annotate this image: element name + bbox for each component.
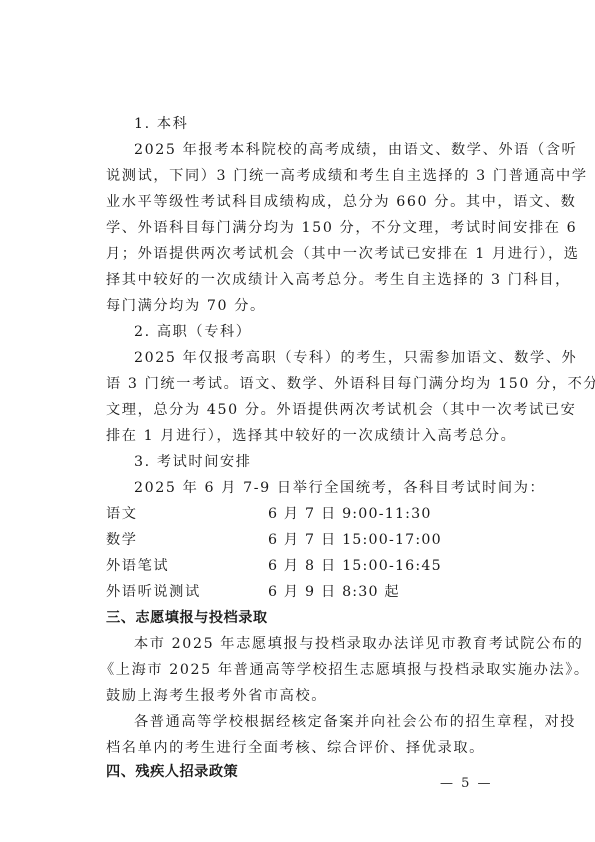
paragraph-line: 档名单内的考生进行全面考核、综合评价、择优录取。: [106, 738, 506, 758]
schedule-time: 6 月 7 日 9:00-11:30: [268, 504, 595, 524]
document-page: 1. 本科 2025 年报考本科院校的高考成绩，由语文、数学、外语（含听 说测试…: [0, 0, 595, 842]
paragraph-line: 本市 2025 年志愿填报与投档录取办法详见市教育考试院公布的: [134, 634, 506, 654]
paragraph-line: 业水平等级性考试科目成绩构成，总分为 660 分。其中，语文、数: [106, 192, 506, 212]
page-number: — 5 —: [440, 776, 493, 791]
schedule-time: 6 月 9 日 8:30 起: [268, 582, 595, 602]
paragraph-line: 2025 年仅报考高职（专科）的考生，只需参加语文、数学、外: [134, 348, 506, 368]
paragraph-line: 语 3 门统一考试。语文、数学、外语科目每门满分均为 150 分，不分: [106, 374, 506, 394]
paragraph-line: 择其中较好的一次成绩计入高考总分。考生自主选择的 3 门科目，: [106, 270, 506, 290]
paragraph-line: 月；外语提供两次考试机会（其中一次考试已安排在 1 月进行），选: [106, 244, 506, 264]
paragraph-line: 各普通高等学校根据经核定备案并向社会公布的招生章程，对投: [134, 712, 506, 732]
chapter-heading-application: 三、志愿填报与投档录取: [106, 608, 506, 628]
paragraph-line: 鼓励上海考生报考外省市高校。: [106, 686, 506, 706]
schedule-intro: 2025 年 6 月 7-9 日举行全国统考，各科目考试时间为：: [134, 478, 506, 498]
paragraph-line: 文理，总分为 450 分。外语提供两次考试机会（其中一次考试已安: [106, 400, 506, 420]
paragraph-line: 学、外语科目每门满分均为 150 分，不分文理，考试时间安排在 6: [106, 218, 506, 238]
schedule-time: 6 月 8 日 15:00-16:45: [268, 556, 595, 576]
paragraph-line: 说测试，下同）3 门统一高考成绩和考生自主选择的 3 门普通高中学: [106, 166, 506, 186]
paragraph-line: 《上海市 2025 年普通高等学校招生志愿填报与投档录取实施办法》。: [100, 660, 500, 680]
paragraph-line: 2025 年报考本科院校的高考成绩，由语文、数学、外语（含听: [134, 140, 506, 160]
schedule-time: 6 月 7 日 15:00-17:00: [268, 530, 595, 550]
paragraph-line: 排在 1 月进行），选择其中较好的一次成绩计入高考总分。: [106, 426, 506, 446]
paragraph-line: 每门满分均为 70 分。: [106, 296, 506, 316]
section-heading-schedule: 3. 考试时间安排: [134, 452, 506, 472]
section-heading-vocational: 2. 高职（专科）: [134, 322, 506, 342]
section-heading-undergraduate: 1. 本科: [134, 114, 506, 134]
